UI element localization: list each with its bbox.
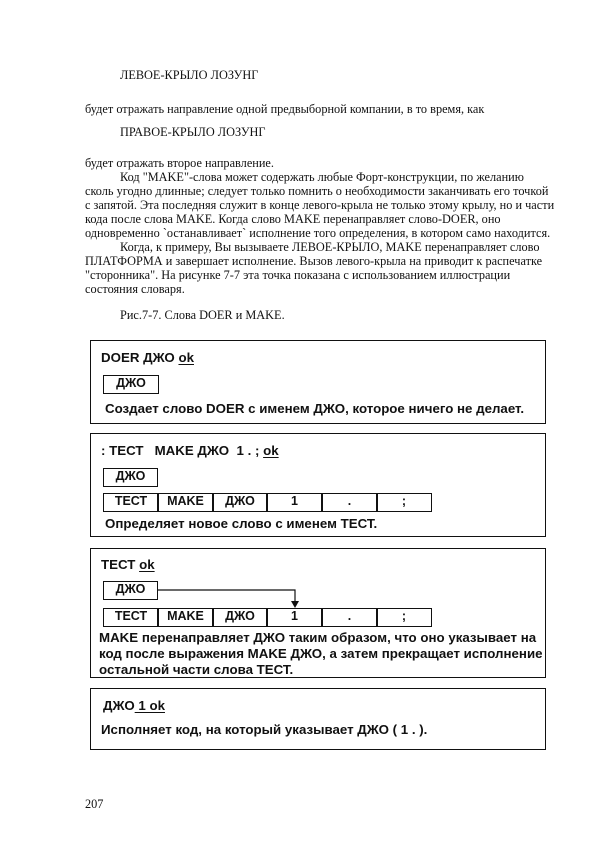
- slogan-right: ПРАВОЕ-КРЫЛО ЛОЗУНГ: [120, 125, 266, 139]
- definition-cell: ДЖО: [212, 493, 268, 512]
- body-line: ПЛАТФОРМА и завершает исполнение. Вызов …: [85, 254, 542, 268]
- definition-cell: ТЕСТ: [103, 493, 159, 512]
- definition-cell: ;: [376, 493, 432, 512]
- figure-panel-doer: DOER ДЖО ok ДЖО Создает слово DOER с име…: [90, 340, 546, 424]
- definition-cell: ;: [376, 608, 432, 627]
- definition-cells: ТЕСТ MAKE ДЖО 1 . ;: [103, 608, 431, 627]
- body-line: будет отражать направление одной предвыб…: [85, 102, 484, 116]
- slogan-left: ЛЕВОЕ-КРЫЛО ЛОЗУНГ: [120, 68, 258, 82]
- body-line: сколь угодно длинные; следует только пом…: [85, 184, 548, 198]
- panel-description: Создает слово DOER с именем ДЖО, которое…: [105, 401, 524, 417]
- body-line: Когда, к примеру, Вы вызываете ЛЕВОЕ-КРЫ…: [120, 240, 540, 254]
- definition-cells: ТЕСТ MAKE ДЖО 1 . ;: [103, 493, 431, 512]
- command-line: : ТЕСТ MAKE ДЖО 1 . ; ok: [101, 443, 279, 458]
- definition-cell: .: [321, 608, 378, 627]
- body-line: одновременно `останавливает` исполнение …: [85, 226, 550, 240]
- panel-description: код после выражения MAKE ДЖО, а затем пр…: [99, 646, 543, 662]
- command-line: ДЖО 1 ok: [103, 698, 165, 713]
- ok-prompt: ok: [263, 443, 279, 458]
- definition-cell: .: [321, 493, 378, 512]
- body-line: Код "MAKE"-слова может содержать любые Ф…: [120, 170, 524, 184]
- panel-description: MAKE перенаправляет ДЖО таким образом, ч…: [99, 630, 536, 646]
- definition-cell: ТЕСТ: [103, 608, 159, 627]
- body-line: состояния словаря.: [85, 282, 185, 296]
- definition-cell: 1: [266, 493, 323, 512]
- panel-description: Исполняет код, на который указывает ДЖО …: [101, 722, 427, 738]
- definition-cell: MAKE: [157, 493, 214, 512]
- body-line: будет отражать второе направление.: [85, 156, 274, 170]
- definition-cell: ДЖО: [212, 608, 268, 627]
- figure-panel-joe-execution: ДЖО 1 ok Исполняет код, на который указы…: [90, 688, 546, 750]
- command-line: DOER ДЖО ok: [101, 350, 194, 365]
- panel-description: Определяет новое слово с именем ТЕСТ.: [105, 516, 377, 532]
- body-line: с запятой. Эта последняя служит в конце …: [85, 198, 554, 212]
- figure-panel-make-definition: : ТЕСТ MAKE ДЖО 1 . ; ok ДЖО ТЕСТ MAKE Д…: [90, 433, 546, 537]
- body-line: "сторонника". На рисунке 7-7 эта точка п…: [85, 268, 510, 282]
- page-number: 207: [85, 797, 103, 811]
- dictionary-word-box: ДЖО: [103, 468, 158, 487]
- definition-cell: MAKE: [157, 608, 214, 627]
- dictionary-word-box: ДЖО: [103, 375, 159, 394]
- definition-cell: 1: [266, 608, 323, 627]
- figure-caption: Рис.7-7. Слова DOER и MAKE.: [120, 308, 285, 322]
- panel-description: остальной части слова ТЕСТ.: [99, 662, 293, 678]
- ok-prompt: 1 ok: [135, 698, 165, 713]
- figure-panel-test-execution: ТЕСТ ok ДЖО ТЕСТ MAKE ДЖО 1 . ; MAKE пер…: [90, 548, 546, 678]
- ok-prompt: ok: [178, 350, 194, 365]
- body-line: кода после слова MAKE. Когда слово MAKE …: [85, 212, 501, 226]
